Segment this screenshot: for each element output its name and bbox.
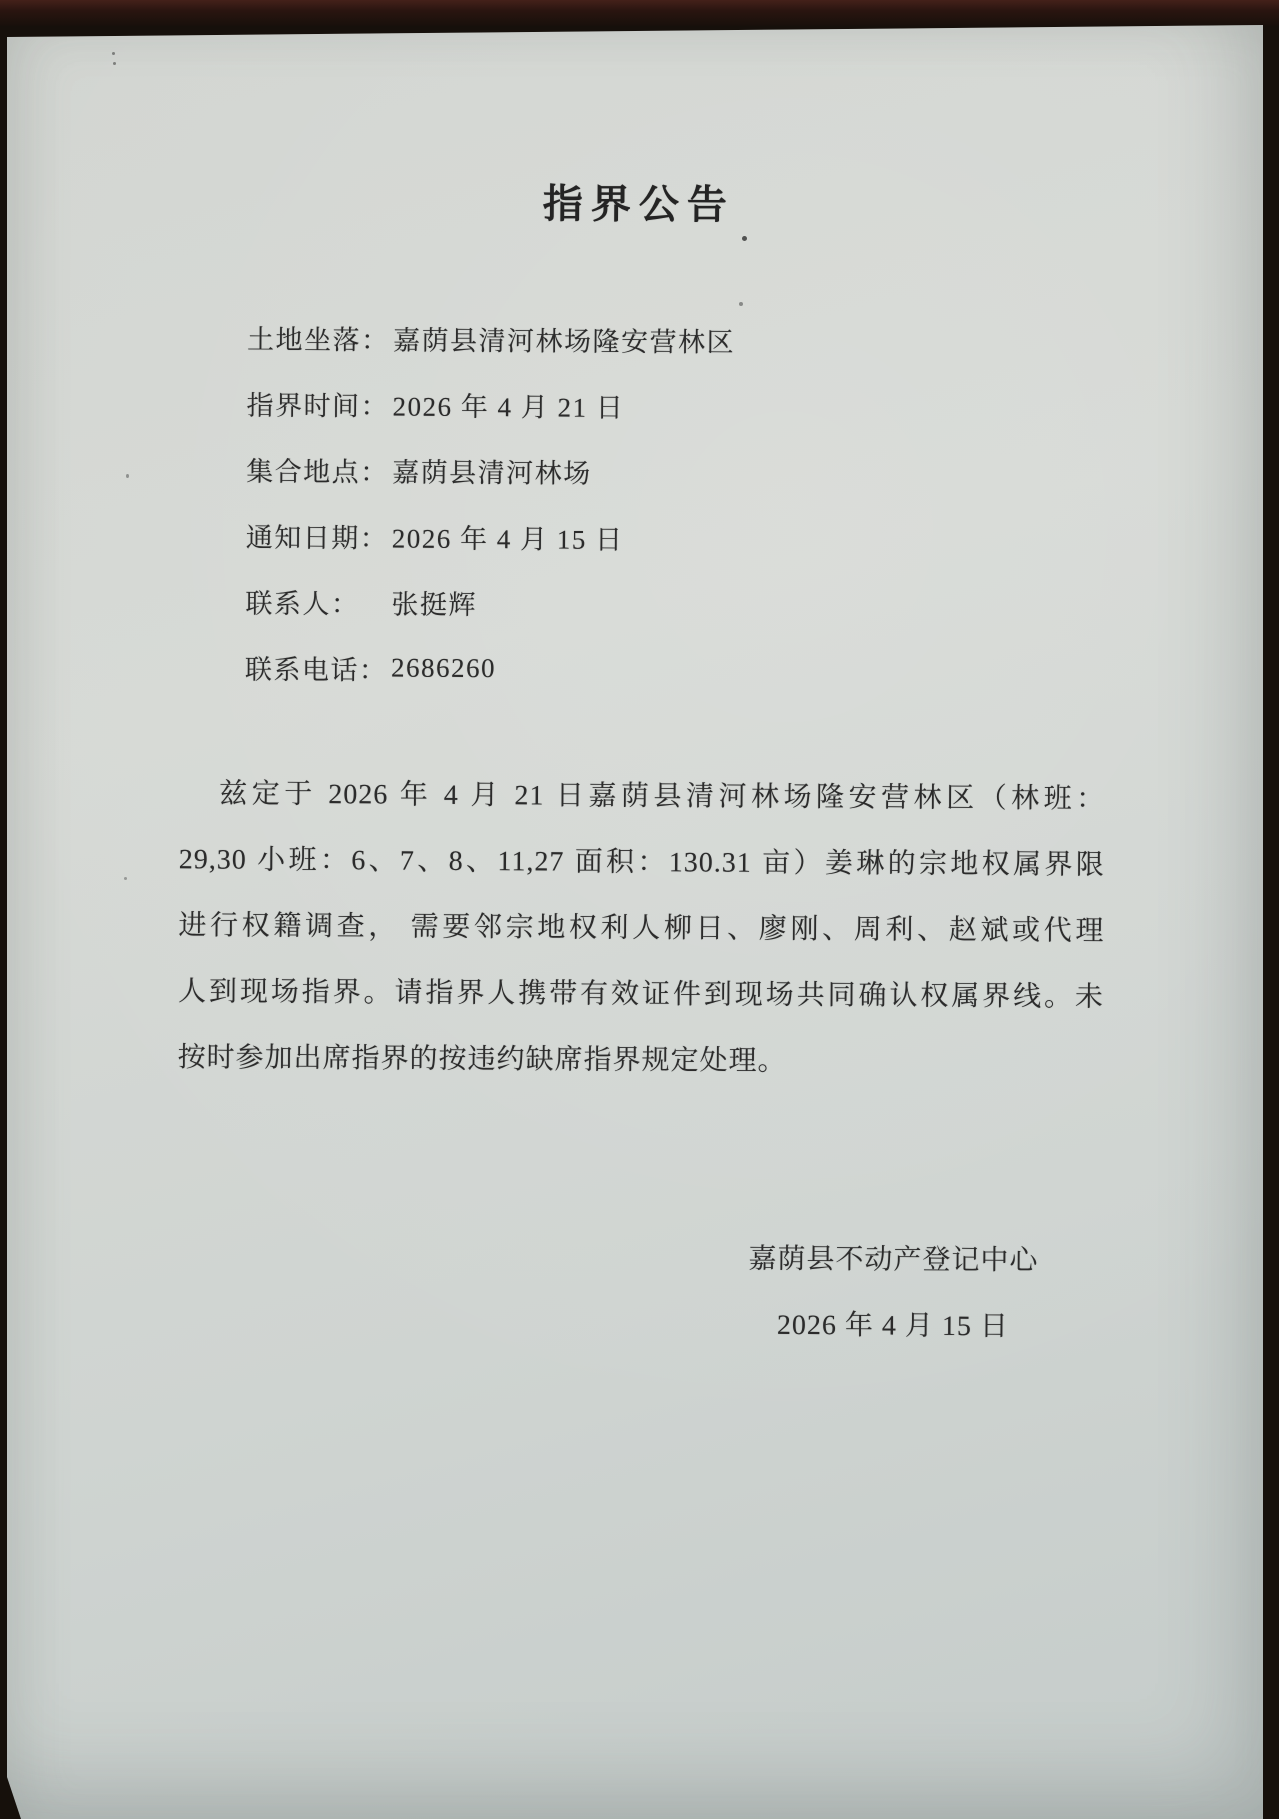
field-label: 集合地点： [246,449,392,489]
field-value: 张挺辉 [391,582,477,622]
body-line: 兹定于 2026 年 4 月 21 日嘉荫县清河林场隆安营林区（林班： [179,761,1105,833]
notice-body: 兹定于 2026 年 4 月 21 日嘉荫县清河林场隆安营林区（林班： 29,3… [177,761,1105,1097]
signature-date: 2026 年 4 月 15 日 [708,1292,1078,1360]
field-label: 土地坐落： [247,317,393,357]
body-line: 进行权籍调查， 需要邻宗地权利人柳日、廖刚、周利、赵斌或代理 [178,893,1104,965]
paper-sheet: 指界公告 土地坐落： 嘉荫县清河林场隆安营林区 指界时间： 2026 年 4 月… [7,25,1263,1819]
dust-speck [742,236,747,241]
field-demarcation-time: 指界时间： 2026 年 4 月 21 日 [246,370,1265,442]
field-meeting-place: 集合地点： 嘉荫县清河林场 [246,436,1265,508]
body-line: 人到现场指界。请指界人携带有效证件到现场共同确认权属界线。未 [178,959,1104,1031]
field-land-location: 土地坐落： 嘉荫县清河林场隆安营林区 [247,304,1266,376]
signature-block: 嘉荫县不动产登记中心 2026 年 4 月 15 日 [708,1226,1079,1360]
body-line: 按时参加出席指界的按违约缺席指界规定处理。 [177,1025,1103,1097]
body-line: 29,30 小班：6、7、8、11,27 面积：130.31 亩）姜琳的宗地权属… [179,827,1105,899]
field-contact-person: 联系人： 张挺辉 [245,568,1264,640]
signature-org: 嘉荫县不动产登记中心 [708,1226,1078,1294]
field-label: 联系人： [245,581,391,621]
dust-speck [126,474,129,478]
field-value: 嘉荫县清河林场 [392,450,592,490]
field-label: 联系电话： [245,647,391,687]
field-label: 指界时间： [246,383,392,423]
photo-background: 指界公告 土地坐落： 嘉荫县清河林场隆安营林区 指界时间： 2026 年 4 月… [0,0,1279,1819]
notice-fields: 土地坐落： 嘉荫县清河林场隆安营林区 指界时间： 2026 年 4 月 21 日… [245,304,1266,706]
dust-speck [739,302,743,306]
field-notice-date: 通知日期： 2026 年 4 月 15 日 [246,502,1265,574]
notice-title: 指界公告 [11,169,1267,234]
dust-speck [124,877,127,880]
field-label: 通知日期： [246,515,392,555]
field-contact-phone: 联系电话： 2686260 [245,634,1264,706]
dust-speck [112,52,115,55]
field-value: 嘉荫县清河林场隆安营林区 [393,318,735,359]
field-value: 2026 年 4 月 21 日 [392,384,624,424]
field-value: 2686260 [391,652,496,684]
notice-document: 指界公告 土地坐落： 嘉荫县清河林场隆安营林区 指界时间： 2026 年 4 月… [1,21,1268,1819]
field-value: 2026 年 4 月 15 日 [392,516,624,556]
